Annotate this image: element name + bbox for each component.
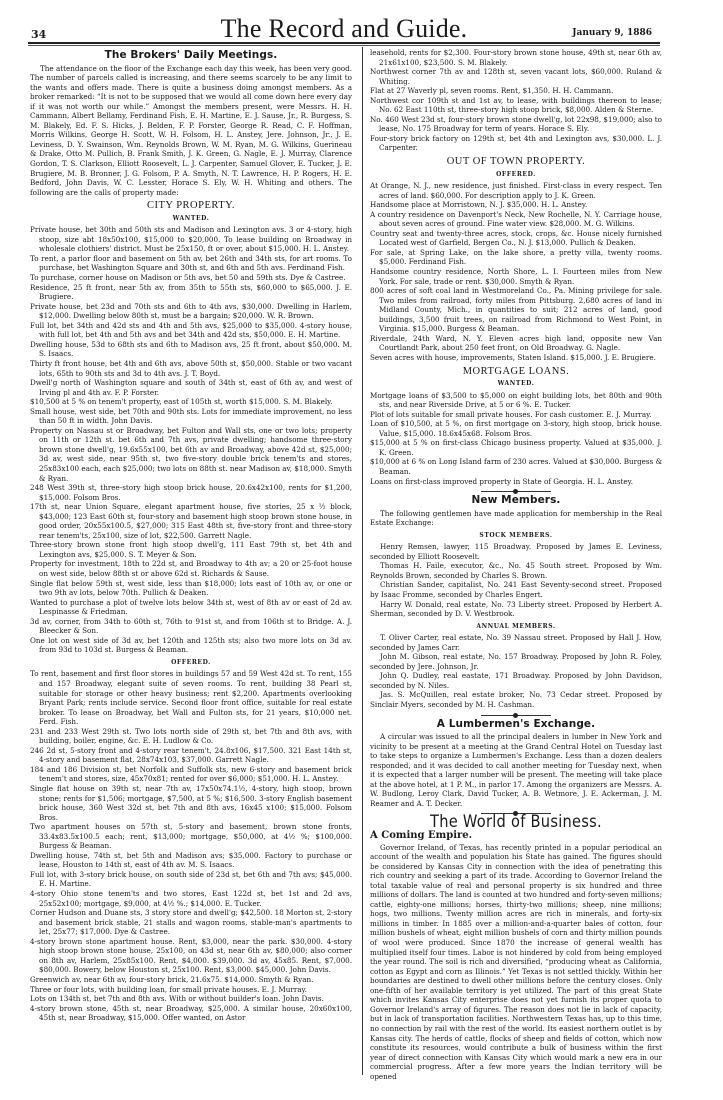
list-item: No. 460 West 23d st, four-story brown st… [370,115,662,134]
list-item: Flat at 27 Waverly pl, seven rooms. Rent… [370,86,662,96]
offered-list: To rent, basement and first floor stores… [30,669,352,1022]
list-item: Thirty ft front house, bet 4th and 6th a… [30,359,352,378]
coming-empire-text: Governor Ireland, of Texas, has recently… [370,843,662,1082]
mortgage-list: Mortgage loans of $3,500 to $5,000 on ei… [370,391,662,486]
right-column: leasehold, rents for $2,300. Four-story … [370,48,662,1081]
offered-heading: OFFERED. [30,658,352,668]
list-item: Jas. S. McQuillen, real estate broker, N… [370,690,662,709]
mortgage-loans-heading: MORTGAGE LOANS. [370,367,662,377]
list-item: Private house, bet 23d and 70th sts and … [30,302,352,321]
new-members-intro: The following gentlemen have made applic… [370,509,662,528]
list-item: 3d av, corner, from 34th to 60th st, 76t… [30,617,352,636]
list-item: To rent, basement and first floor stores… [30,669,352,726]
brokers-intro: The attendance on the floor of the Excha… [30,64,352,198]
list-item: 248 West 39th st, three-story high stoop… [30,483,352,502]
list-item: Four-story brick factory on 129th st, be… [370,134,662,153]
list-item: T. Oliver Carter, real estate, No. 39 Na… [370,633,662,652]
stock-members-list: Henry Remsen, lawyer, 115 Broadway. Prop… [370,542,662,618]
list-item: Single flat house on 39th st, near 7th a… [30,784,352,822]
list-item: To rent, a parlor floor and basement on … [30,254,352,273]
list-item: $10,000 at 6 % on Long Island farm of 23… [370,457,662,476]
list-item: Northwest cor 109th st and 1st av, to le… [370,96,662,115]
list-item: Three or four lots, with building loan, … [30,985,352,995]
list-item: $15,000 at 5 % on first-class Chicago bu… [370,438,662,457]
list-item: Henry Remsen, lawyer, 115 Broadway. Prop… [370,542,662,561]
list-item: Private house, bet 30th and 50th sts and… [30,225,352,254]
list-item: Dwelling house, 53d to 68th sts and 6th … [30,340,352,359]
list-item: Lots on 134th st, bet 7th and 8th avs. W… [30,994,352,1004]
list-item: Dwell'g north of Washington square and s… [30,378,352,397]
issue-date: January 9, 1886 [572,28,652,38]
list-item: 184 and 186 Division st, bet Norfolk and… [30,765,352,784]
wanted-list: Private house, bet 30th and 50th sts and… [30,225,352,655]
list-item: Greenwich av, near 6th av, four-story br… [30,975,352,985]
list-item: Full lot, with 3-story brick house, on s… [30,870,352,889]
list-item: Seven acres with house, improvements, St… [370,353,662,363]
list-item: Loan of $10,500, at 5 %, on first mortga… [370,419,662,438]
list-item: Christian Sander, capitalist, No. 241 Ea… [370,580,662,599]
section-separator [481,715,551,716]
list-item: Single flat below 59th st, west side, le… [30,579,352,598]
list-item: 231 and 233 West 29th st. Two lots north… [30,727,352,746]
list-item: leasehold, rents for $2,300. Four-story … [370,48,662,67]
list-item: Corner Hudson and Duane sts, 3 story sto… [30,908,352,937]
list-item: At Orange, N. J., new residence, just fi… [370,181,662,200]
lumbermen-title: A Lumbermen's Exchange. [370,720,662,730]
annual-members-list: T. Oliver Carter, real estate, No. 39 Na… [370,633,662,709]
list-item: 800 acres of soft coal land in Westmorel… [370,286,662,334]
stock-members-heading: STOCK MEMBERS. [370,531,662,541]
list-item: Two apartment houses on 57th st, 5-story… [30,822,352,851]
list-item: Residence, 25 ft front, near 5th av, fro… [30,283,352,302]
out-of-town-list: At Orange, N. J., new residence, just fi… [370,181,662,362]
lumbermen-text: A circular was issued to all the princip… [370,732,662,808]
list-item: To purchase, corner house on Madison or … [30,273,352,283]
list-item: Riverdale, 24th Ward, N. Y. Eleven acres… [370,334,662,353]
list-item: $10,500 at 5 % on tenem't property, east… [30,397,352,407]
newspaper-title: The Record and Guide. [28,14,660,44]
list-item: John M. Gibson, real estate, No. 157 Bro… [370,652,662,671]
annual-members-heading: ANNUAL MEMBERS. [370,622,662,632]
brokers-meetings-title: The Brokers' Daily Meetings. [30,51,352,61]
world-of-business-title: The World of Business. [390,818,641,828]
list-item: Property on Nassau st or Broadway, bet F… [30,426,352,483]
list-item: One lot on west side of 3d av, bet 120th… [30,636,352,655]
list-item: Northwest corner 7th av and 128th st, se… [370,67,662,86]
wanted-heading: WANTED. [30,214,352,224]
list-item: Handsome country residence, North Shore,… [370,267,662,286]
list-item: 246 2d st, 5-story front and 4-story rea… [30,746,352,765]
mortgage-wanted-heading: WANTED. [370,379,662,389]
list-item: A country residence on Davenport's Neck,… [370,210,662,229]
list-item: Plot of lots suitable for small private … [370,410,662,420]
list-item: Loans on first-class improved property i… [370,477,662,487]
list-item: Dwelling house, 74th st, bet 5th and Mad… [30,851,352,870]
list-item: John Q. Dudley, real eastate, 171 Broadw… [370,671,662,690]
section-separator [481,491,551,492]
continued-list: leasehold, rents for $2,300. Four-story … [370,48,662,153]
list-item: Country seat and twenty-three acres, sto… [370,229,662,248]
out-of-town-offered-heading: OFFERED. [370,170,662,180]
list-item: Property for investment, 18th to 22d st,… [30,559,352,578]
masthead: 34 The Record and Guide. January 9, 1886 [28,12,660,42]
list-item: 17th st, near Union Square, elegant apar… [30,502,352,540]
list-item: Harry W. Donald, real estate, No. 73 Lib… [370,600,662,619]
left-column: The Brokers' Daily Meetings. The attenda… [30,48,352,1023]
header-rule [28,42,660,44]
list-item: For sale, at Spring Lake, on the lake sh… [370,248,662,267]
out-of-town-heading: OUT OF TOWN PROPERTY. [370,157,662,167]
header-rule-thin [28,45,660,46]
list-item: Wanted to purchase a plot of twelve lots… [30,598,352,617]
list-item: Mortgage loans of $3,500 to $5,000 on ei… [370,391,662,410]
list-item: 4-story Ohio stone tenem'ts and two stor… [30,889,352,908]
new-members-title: New Members. [370,496,662,506]
list-item: Handsome place at Morristown, N. J. $35,… [370,200,662,210]
list-item: Thomas H. Faile, executor, &c., No. 45 S… [370,561,662,580]
list-item: Three-story brown stone front high stoop… [30,540,352,559]
list-item: Small house, west side, bet 70th and 90t… [30,407,352,426]
list-item: 4-story brown stone apartment house. Ren… [30,937,352,975]
city-property-heading: CITY PROPERTY. [30,201,352,211]
list-item: Full lot, bet 34th and 42d sts and 4th a… [30,321,352,340]
list-item: 4-story brown stone, 45th st, near Broad… [30,1004,352,1023]
column-divider [362,47,363,1075]
